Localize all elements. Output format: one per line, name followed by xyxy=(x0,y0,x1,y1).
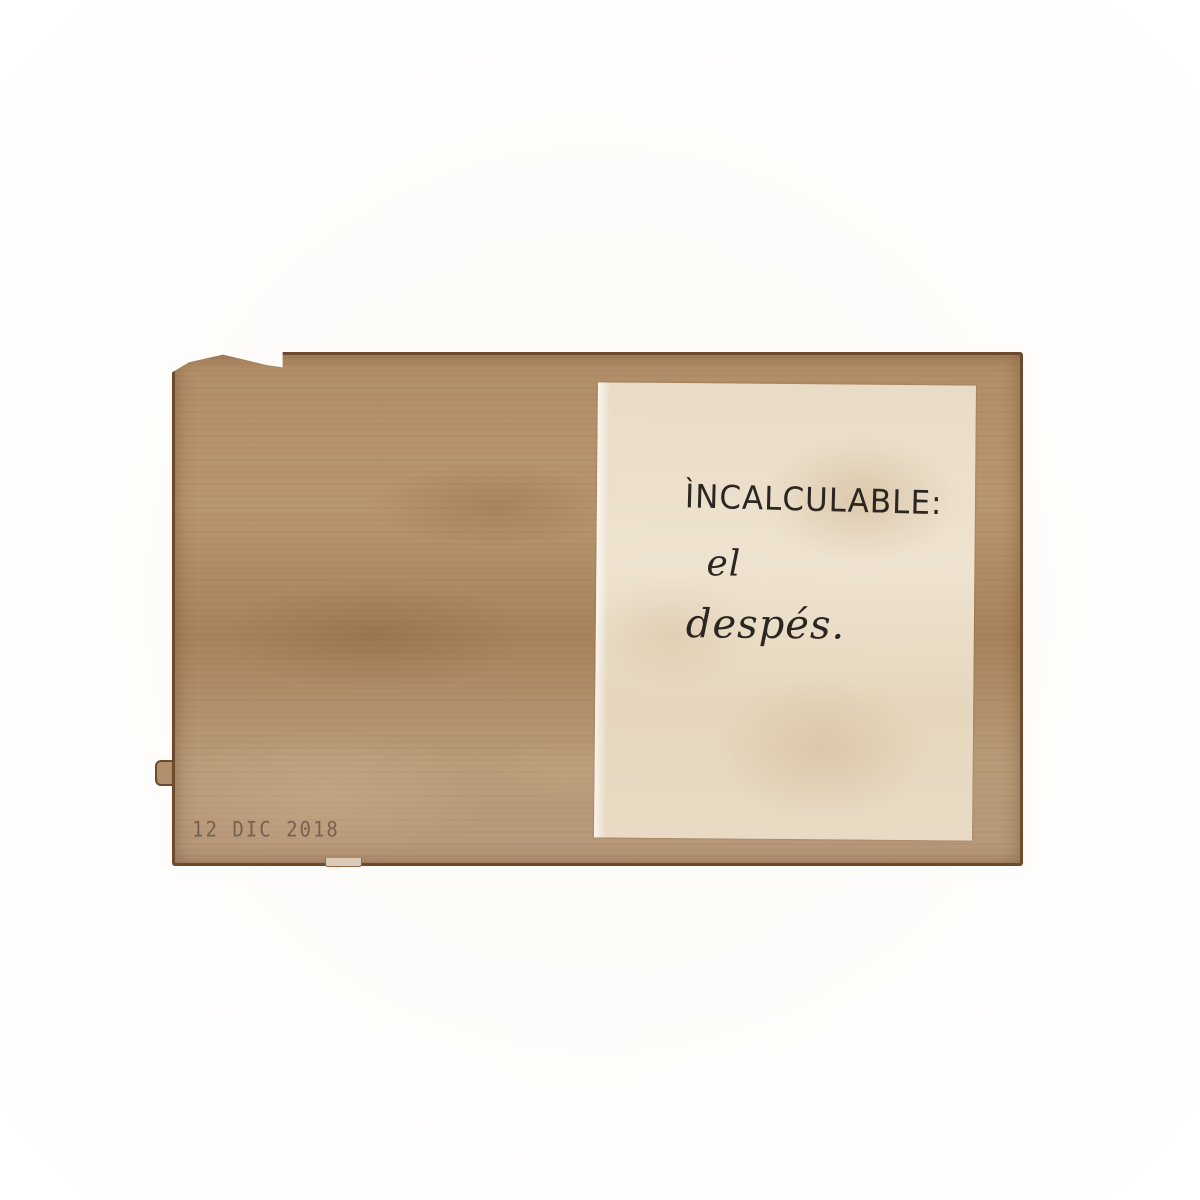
cardboard-bottom-tab xyxy=(325,858,362,867)
date-stamp: 12 DIC 2018 xyxy=(192,818,340,842)
note-line-el: el xyxy=(706,543,741,584)
paper-note: ÌNCALCULABLE: el despés. xyxy=(594,382,976,840)
note-line-despes: despés. xyxy=(686,601,846,648)
note-line-incalculable: ÌNCALCULABLE: xyxy=(685,478,943,523)
photo-scene: ÌNCALCULABLE: el despés. 12 DIC 2018 xyxy=(0,0,1200,1200)
